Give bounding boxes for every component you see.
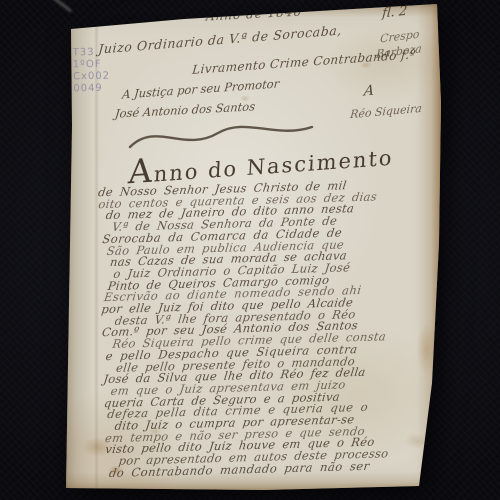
- defendant-line: José Antonio dos Santos: [114, 99, 256, 120]
- defendant-marker: Réo Siqueira: [350, 102, 423, 121]
- court-title-line: Juizo Ordinario da V.ª de Sorocaba,: [98, 22, 343, 56]
- archive-reference-pencil: T33 1ºOF Cx002 0049: [73, 47, 111, 96]
- archive-ref-line: 0049: [73, 83, 110, 96]
- case-type-line: Livramento Crime Contrabando f.º: [192, 47, 417, 77]
- year-line: Anno de 1846: [205, 4, 302, 23]
- paper-shadow-wrap: Anno de 1846 fl. 2 Juizo Ordinario da V.…: [0, 0, 500, 500]
- archive-ref-line: Cx002: [73, 71, 110, 84]
- archive-ref-line: T33: [73, 47, 110, 60]
- foxing-stain: [404, 433, 430, 449]
- manuscript-page: Anno de 1846 fl. 2 Juizo Ordinario da V.…: [64, 3, 443, 492]
- photo: Anno de 1846 fl. 2 Juizo Ordinario da V.…: [0, 0, 500, 500]
- foxing-stain: [416, 323, 438, 375]
- manuscript-body: de Nosso Senhor Jesus Christo de miloito…: [98, 179, 406, 480]
- folio-number: fl. 2: [382, 4, 408, 22]
- ink-blot: [65, 4, 90, 25]
- plaintiff-line: A Justiça por seu Promotor: [122, 76, 280, 101]
- archive-ref-line: 1ºOF: [73, 59, 110, 72]
- plaintiff-marker: A: [363, 82, 375, 99]
